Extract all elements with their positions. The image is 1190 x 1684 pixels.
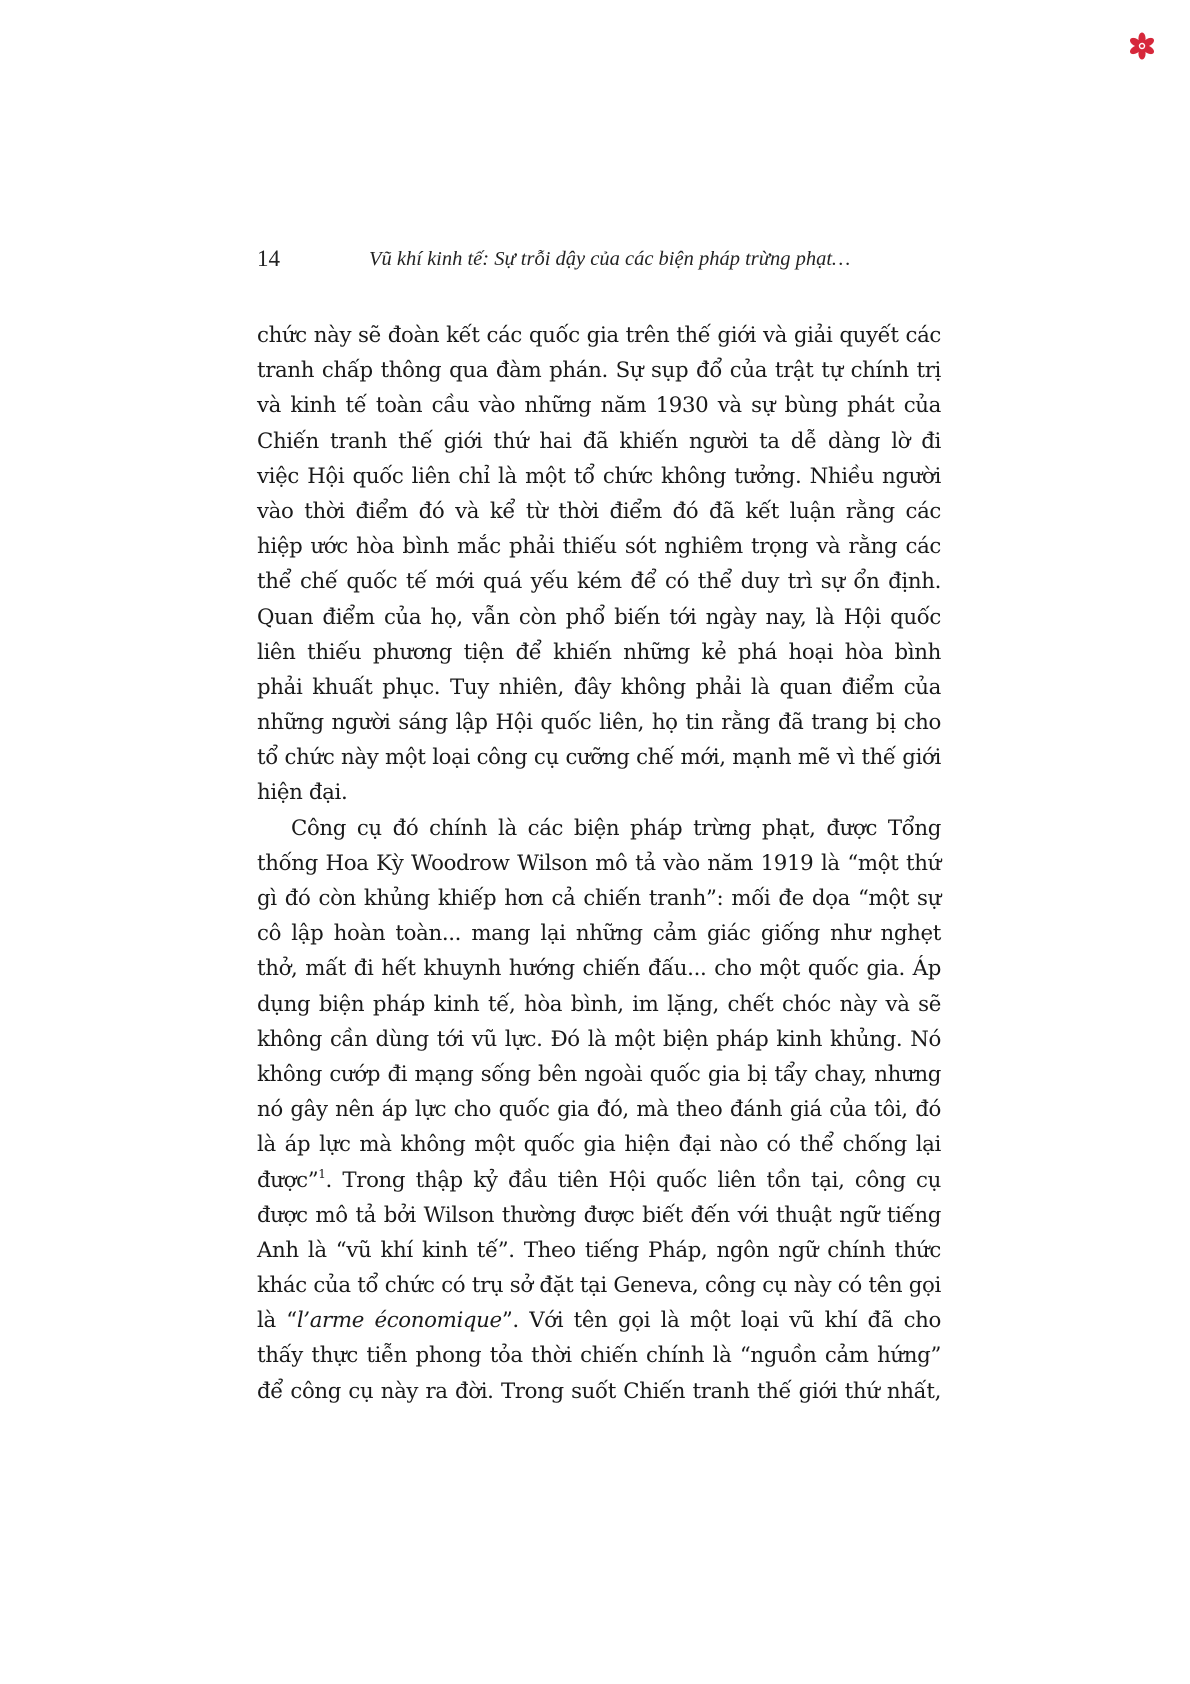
text-line-with-italic: là “l’arme économique”. Với tên gọi là m… (257, 1303, 941, 1338)
text-line-with-footnote: được”1. Trong thập kỷ đầu tiên Hội quốc … (257, 1163, 941, 1198)
text-line: để công cụ này ra đời. Trong suốt Chiến … (257, 1374, 941, 1409)
text-line: là áp lực mà không một quốc gia hiện đại… (257, 1127, 941, 1162)
text-line: liên thiếu phương tiện để khiến những kẻ… (257, 635, 941, 670)
paragraph-start-line: Công cụ đó chính là các biện pháp trừng … (257, 811, 941, 846)
running-title: Vũ khí kinh tế: Sự trỗi dậy của các biện… (369, 248, 850, 271)
text-line: và kinh tế toàn cầu vào những năm 1930 v… (257, 388, 941, 423)
italic-term: l’arme économique (297, 1308, 502, 1333)
text-line: thống Hoa Kỳ Woodrow Wilson mô tả vào nă… (257, 846, 941, 881)
text-line: nó gây nên áp lực cho quốc gia đó, mà th… (257, 1092, 941, 1127)
text-line: dụng biện pháp kinh tế, hòa bình, im lặn… (257, 987, 941, 1022)
text-line: thể chế quốc tế mới quá yếu kém để có th… (257, 564, 941, 599)
text-line: không cướp đi mạng sống bên ngoài quốc g… (257, 1057, 941, 1092)
text-segment: là “ (257, 1308, 297, 1333)
text-line: việc Hội quốc liên chỉ là một tổ chức kh… (257, 459, 941, 494)
text-segment: ”. Với tên gọi là một loại vũ khí đã cho (502, 1308, 941, 1333)
page-number: 14 (257, 246, 280, 272)
text-line: tranh chấp thông qua đàm phán. Sự sụp đổ… (257, 353, 941, 388)
text-line: những người sáng lập Hội quốc liên, họ t… (257, 705, 941, 740)
text-line: thở, mất đi hết khuynh hướng chiến đấu..… (257, 951, 941, 986)
text-line: Quan điểm của họ, vẫn còn phổ biến tới n… (257, 600, 941, 635)
text-segment: . Trong thập kỷ đầu tiên Hội quốc liên t… (326, 1168, 941, 1193)
text-line: tổ chức này một loại công cụ cưỡng chế m… (257, 740, 941, 775)
text-line: Chiến tranh thế giới thứ hai đã khiến ng… (257, 424, 941, 459)
text-line: không cần dùng tới vũ lực. Đó là một biệ… (257, 1022, 941, 1057)
text-segment: được” (257, 1168, 318, 1193)
text-line: vào thời điểm đó và kể từ thời điểm đó đ… (257, 494, 941, 529)
text-line: thấy thực tiễn phong tỏa thời chiến chín… (257, 1338, 941, 1373)
text-line: khác của tổ chức có trụ sở đặt tại Genev… (257, 1268, 941, 1303)
text-line: chức này sẽ đoàn kết các quốc gia trên t… (257, 318, 941, 353)
paragraph-end-line: hiện đại. (257, 775, 941, 810)
text-line: cô lập hoàn toàn... mang lại những cảm g… (257, 916, 941, 951)
text-line: Anh là “vũ khí kinh tế”. Theo tiếng Pháp… (257, 1233, 941, 1268)
footnote-reference[interactable]: 1 (318, 1167, 325, 1181)
text-line: được mô tả bởi Wilson thường được biết đ… (257, 1198, 941, 1233)
running-header: 14 Vũ khí kinh tế: Sự trỗi dậy của các b… (257, 246, 937, 276)
text-line: gì đó còn khủng khiếp hơn cả chiến tranh… (257, 881, 941, 916)
text-line: phải khuất phục. Tuy nhiên, đây không ph… (257, 670, 941, 705)
text-line: hiệp ước hòa bình mắc phải thiếu sót ngh… (257, 529, 941, 564)
body-text: chức này sẽ đoàn kết các quốc gia trên t… (257, 318, 941, 1409)
flower-logo-icon (1128, 32, 1156, 60)
